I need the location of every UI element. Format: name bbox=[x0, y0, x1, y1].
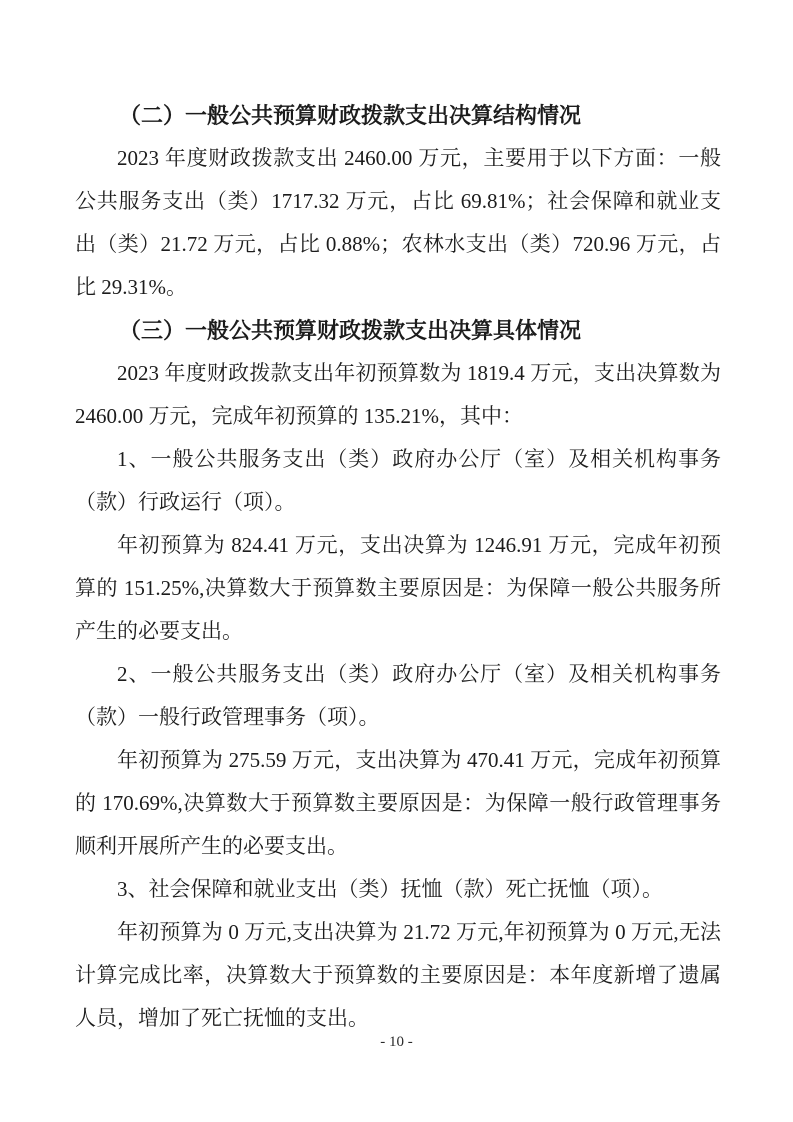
paragraph-structure-overview: 2023 年度财政拨款支出 2460.00 万元，主要用于以下方面：一般公共服务… bbox=[75, 137, 721, 309]
paragraph-item3-detail: 年初预算为 0 万元,支出决算为 21.72 万元,年初预算为 0 万元,无法计… bbox=[75, 911, 721, 1040]
document-page: （二）一般公共预算财政拨款支出决算结构情况 2023 年度财政拨款支出 2460… bbox=[0, 0, 793, 1122]
paragraph-item1-detail: 年初预算为 824.41 万元，支出决算为 1246.91 万元，完成年初预算的… bbox=[75, 524, 721, 653]
paragraph-item3-title: 3、社会保障和就业支出（类）抚恤（款）死亡抚恤（项）。 bbox=[75, 868, 721, 911]
paragraph-item2-title: 2、一般公共服务支出（类）政府办公厅（室）及相关机构事务（款）一般行政管理事务（… bbox=[75, 653, 721, 739]
paragraph-item1-title: 1、一般公共服务支出（类）政府办公厅（室）及相关机构事务（款）行政运行（项）。 bbox=[75, 438, 721, 524]
paragraph-item2-detail: 年初预算为 275.59 万元，支出决算为 470.41 万元，完成年初预算的 … bbox=[75, 739, 721, 868]
section-heading-structure: （二）一般公共预算财政拨款支出决算结构情况 bbox=[75, 94, 721, 137]
document-body: （二）一般公共预算财政拨款支出决算结构情况 2023 年度财政拨款支出 2460… bbox=[75, 94, 721, 1040]
section-heading-detail: （三）一般公共预算财政拨款支出决算具体情况 bbox=[75, 309, 721, 352]
page-number: - 10 - bbox=[0, 1031, 793, 1053]
paragraph-detail-overview: 2023 年度财政拨款支出年初预算数为 1819.4 万元，支出决算数为 246… bbox=[75, 352, 721, 438]
